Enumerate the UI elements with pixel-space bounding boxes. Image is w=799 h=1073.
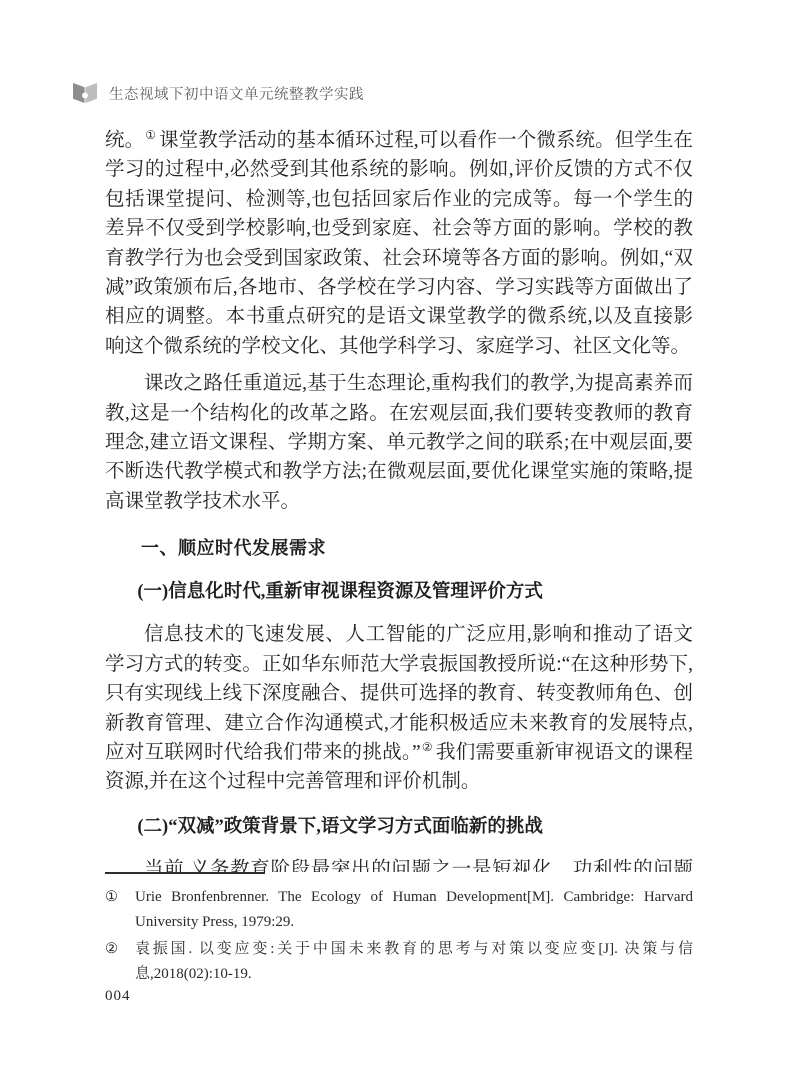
footnote-marker-1: ① bbox=[105, 885, 135, 910]
footnote-item-2: ② 袁振国. 以变应变:关于中国未来教育的思考与对策以变应变[J]. 决策与信息… bbox=[105, 937, 693, 987]
body-paragraph-1: 统。①课堂教学活动的基本循环过程,可以看作一个微系统。但学生在学习的过程中,必然… bbox=[105, 126, 693, 361]
section-heading-1: 一、顺应时代发展需求 bbox=[105, 534, 693, 560]
running-header: 生态视域下初中语文单元统整教学实践 bbox=[72, 82, 693, 104]
book-page: 生态视域下初中语文单元统整教学实践 统。①课堂教学活动的基本循环过程,可以看作一… bbox=[0, 0, 799, 1073]
running-head-title: 生态视域下初中语文单元统整教学实践 bbox=[109, 83, 364, 104]
subsection-heading-2: (二)“双减”政策背景下,语文学习方式面临新的挑战 bbox=[105, 812, 693, 838]
body-paragraph-2: 课改之路任重道远,基于生态理论,重构我们的教学,为提高素养而教,这是一个结构化的… bbox=[105, 369, 693, 516]
paragraph-text: 统。 bbox=[105, 130, 144, 151]
footnote-area: ① Urie Bronfenbrenner. The Ecology of Hu… bbox=[105, 872, 693, 989]
footnote-item-1: ① Urie Bronfenbrenner. The Ecology of Hu… bbox=[105, 885, 693, 935]
footnote-ref-1: ① bbox=[145, 128, 156, 142]
footnote-marker-2: ② bbox=[105, 937, 135, 962]
open-book-icon bbox=[72, 82, 98, 104]
footnote-text-2: 袁振国. 以变应变:关于中国未来教育的思考与对策以变应变[J]. 决策与信息,2… bbox=[135, 937, 693, 987]
footnote-ref-2: ② bbox=[422, 740, 433, 754]
footnote-divider bbox=[105, 872, 265, 874]
footnote-text-1: Urie Bronfenbrenner. The Ecology of Huma… bbox=[135, 885, 693, 935]
page-number: 004 bbox=[105, 988, 131, 1005]
main-text-block: 统。①课堂教学活动的基本循环过程,可以看作一个微系统。但学生在学习的过程中,必然… bbox=[105, 126, 693, 872]
paragraph-text: 课堂教学活动的基本循环过程,可以看作一个微系统。但学生在学习的过程中,必然受到其… bbox=[105, 130, 693, 357]
body-paragraph-4: 当前,义务教育阶段最突出的问题之一是短视化、功利性的问题尚未根本解决。党中央对此… bbox=[105, 855, 693, 872]
body-paragraph-3: 信息技术的飞速发展、人工智能的广泛应用,影响和推动了语文学习方式的转变。正如华东… bbox=[105, 620, 693, 796]
subsection-heading-1: (一)信息化时代,重新审视课程资源及管理评价方式 bbox=[105, 577, 693, 603]
